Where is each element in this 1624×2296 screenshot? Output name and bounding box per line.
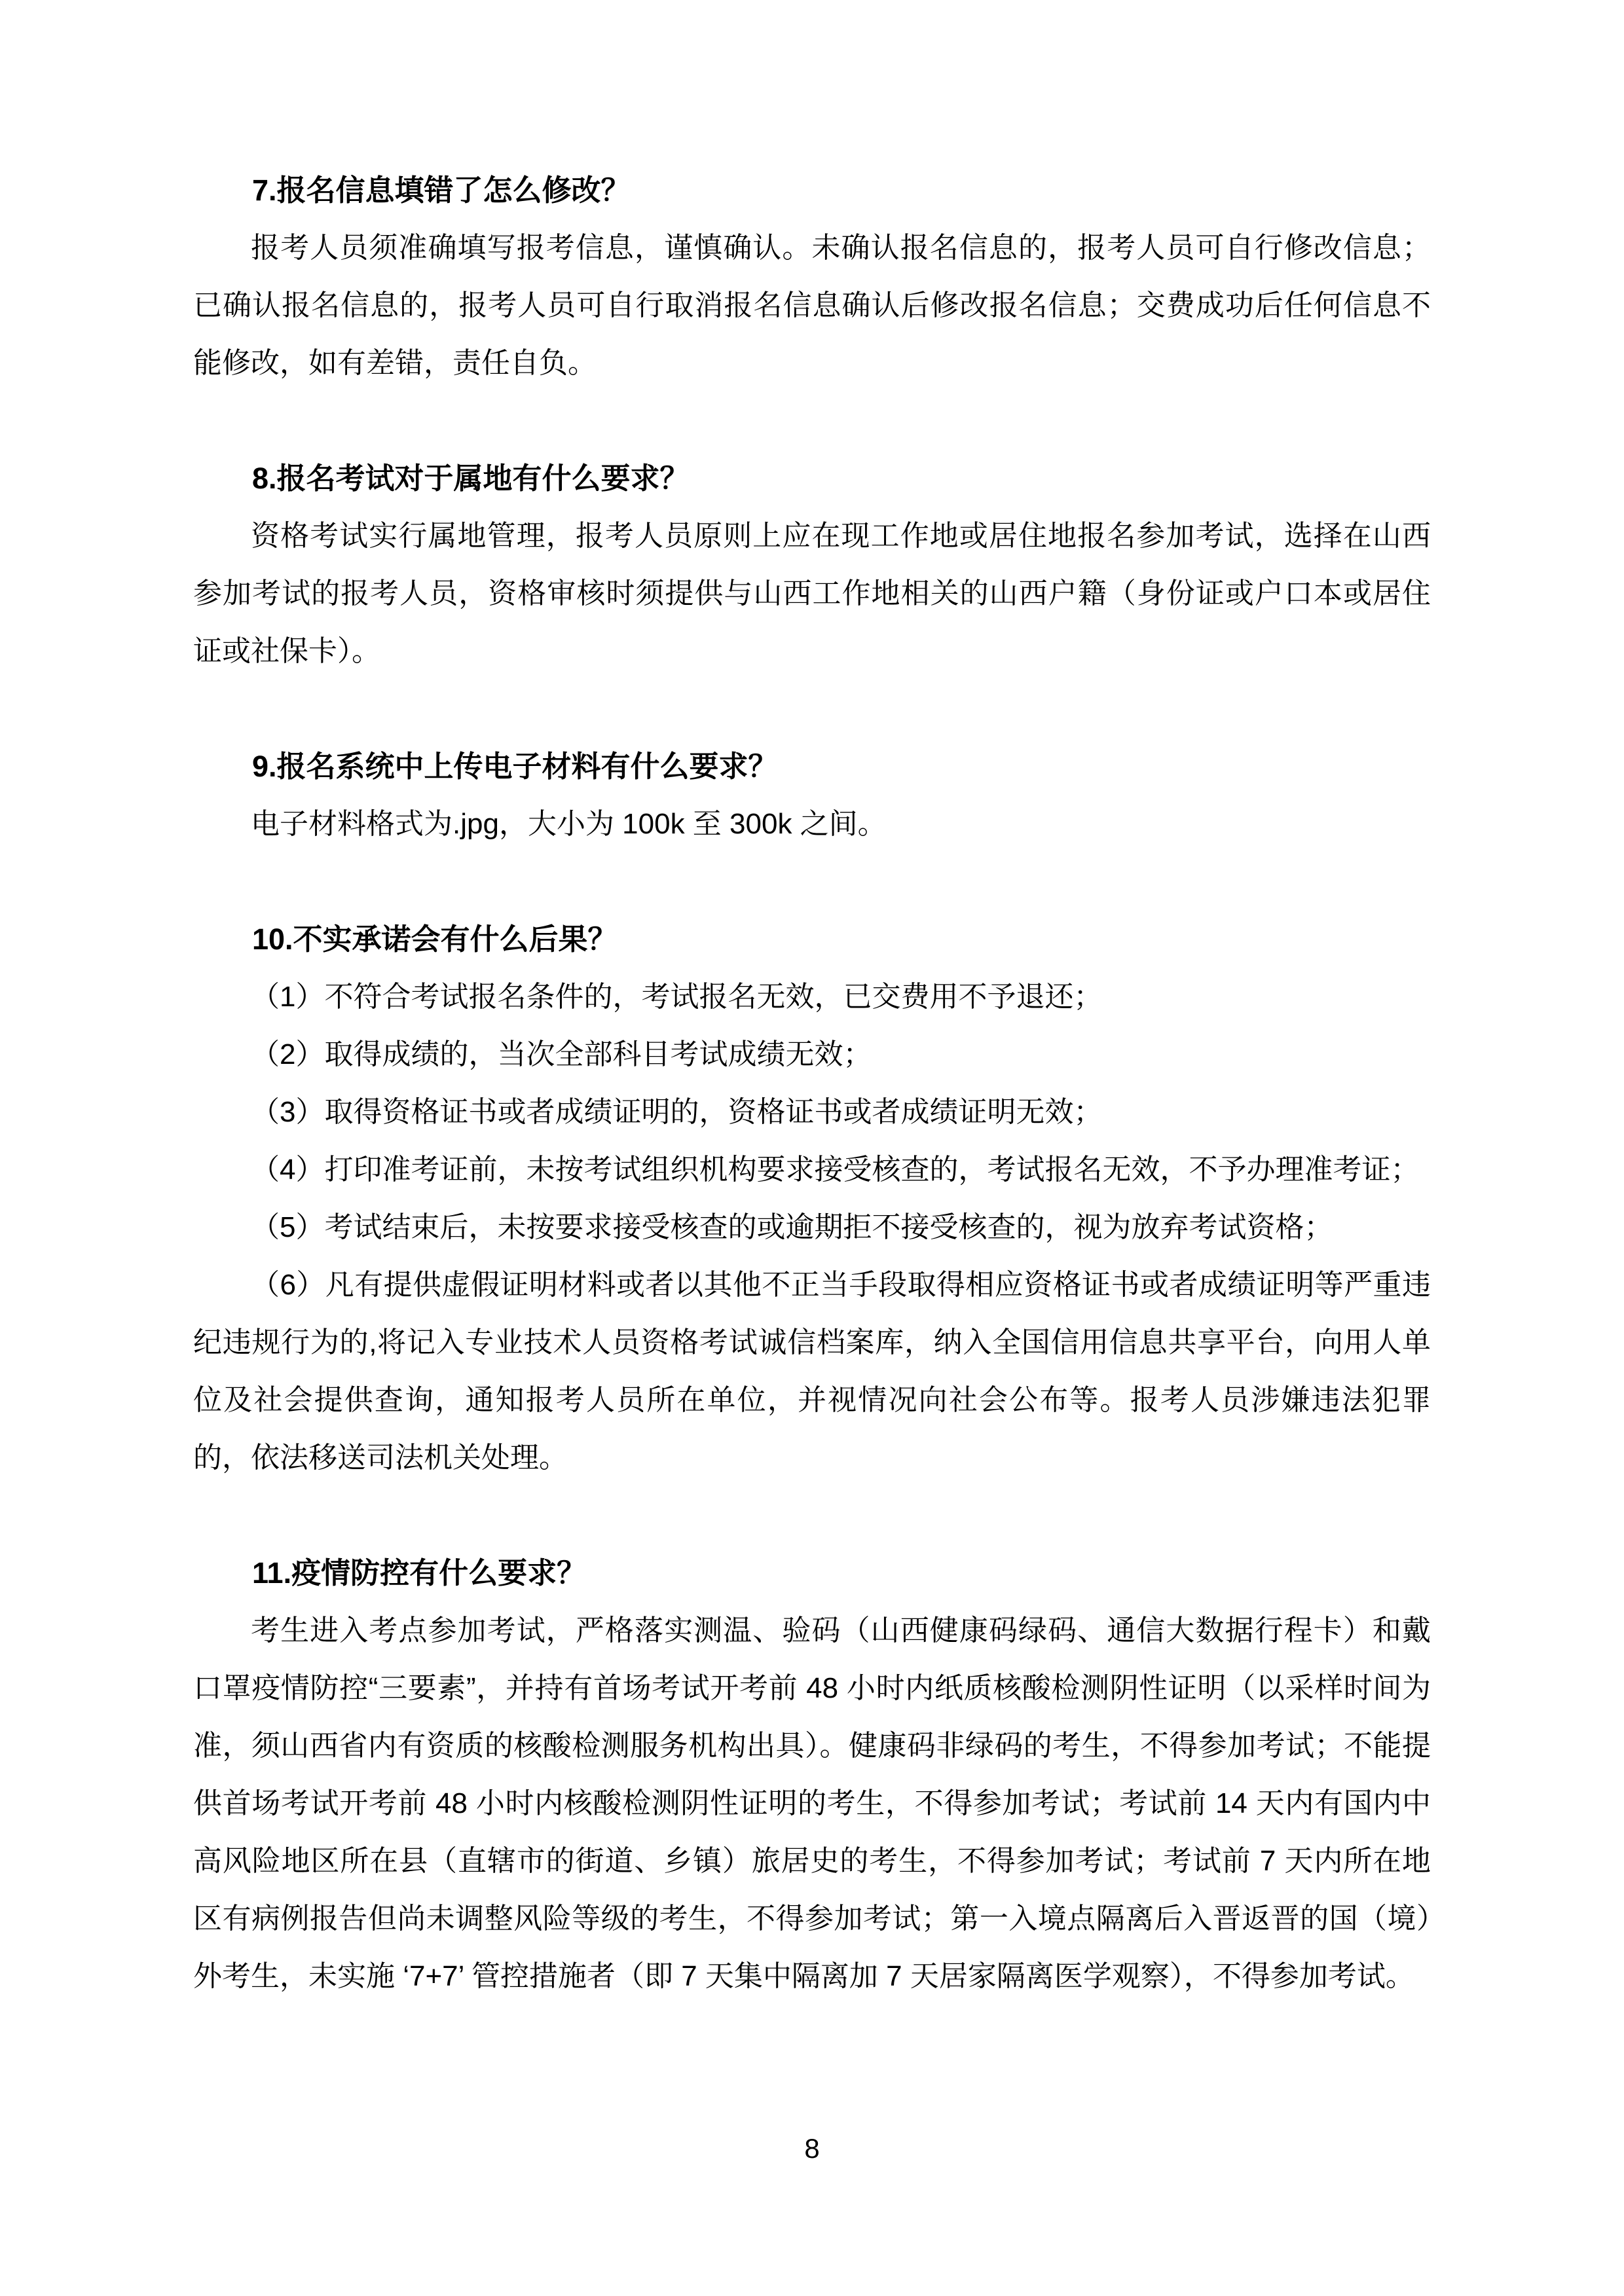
list-item-paragraph-1: （1）不符合考试报名条件的，考试报名无效，已交费用不予退还； — [193, 968, 1431, 1026]
faq-section-11: 11.疫情防控有什么要求？ 考生进入考点参加考试，严格落实测温、验码（山西健康码… — [193, 1544, 1431, 2005]
faq-section-8: 8.报名考试对于属地有什么要求？ 资格考试实行属地管理，报考人员原则上应在现工作… — [193, 450, 1431, 680]
answer-paragraph: 电子材料格式为.jpg，大小为 100k 至 300k 之间。 — [193, 795, 1431, 853]
question-heading-9: 9.报名系统中上传电子材料有什么要求？ — [193, 738, 1431, 795]
faq-section-7: 7.报名信息填错了怎么修改？ 报考人员须准确填写报考信息，谨慎确认。未确认报名信… — [193, 162, 1431, 392]
document-content: 7.报名信息填错了怎么修改？ 报考人员须准确填写报考信息，谨慎确认。未确认报名信… — [193, 162, 1431, 2005]
answer-paragraph: 考生进入考点参加考试，严格落实测温、验码（山西健康码绿码、通信大数据行程卡）和戴… — [193, 1602, 1431, 2005]
question-heading-10: 10.不实承诺会有什么后果？ — [193, 911, 1431, 968]
faq-section-10: 10.不实承诺会有什么后果？ （1）不符合考试报名条件的，考试报名无效，已交费用… — [193, 911, 1431, 1487]
question-heading-7: 7.报名信息填错了怎么修改？ — [193, 162, 1431, 219]
page-number: 8 — [804, 2133, 819, 2164]
faq-section-9: 9.报名系统中上传电子材料有什么要求？ 电子材料格式为.jpg，大小为 100k… — [193, 738, 1431, 853]
list-item-paragraph-6: （6）凡有提供虚假证明材料或者以其他不正当手段取得相应资格证书或者成绩证明等严重… — [193, 1256, 1431, 1487]
answer-paragraph: 报考人员须准确填写报考信息，谨慎确认。未确认报名信息的，报考人员可自行修改信息；… — [193, 219, 1431, 392]
list-item-paragraph-5: （5）考试结束后，未按要求接受核查的或逾期拒不接受核查的，视为放弃考试资格； — [193, 1199, 1431, 1256]
question-heading-11: 11.疫情防控有什么要求？ — [193, 1544, 1431, 1602]
list-item-paragraph-3: （3）取得资格证书或者成绩证明的，资格证书或者成绩证明无效； — [193, 1084, 1431, 1141]
list-item-paragraph-2: （2）取得成绩的，当次全部科目考试成绩无效； — [193, 1026, 1431, 1084]
document-page: 7.报名信息填错了怎么修改？ 报考人员须准确填写报考信息，谨慎确认。未确认报名信… — [0, 0, 1624, 2296]
page-footer: 8 — [0, 2129, 1624, 2168]
answer-paragraph: 资格考试实行属地管理，报考人员原则上应在现工作地或居住地报名参加考试，选择在山西… — [193, 507, 1431, 680]
list-item-paragraph-4: （4）打印准考证前，未按考试组织机构要求接受核查的，考试报名无效，不予办理准考证… — [193, 1141, 1431, 1199]
question-heading-8: 8.报名考试对于属地有什么要求？ — [193, 450, 1431, 507]
